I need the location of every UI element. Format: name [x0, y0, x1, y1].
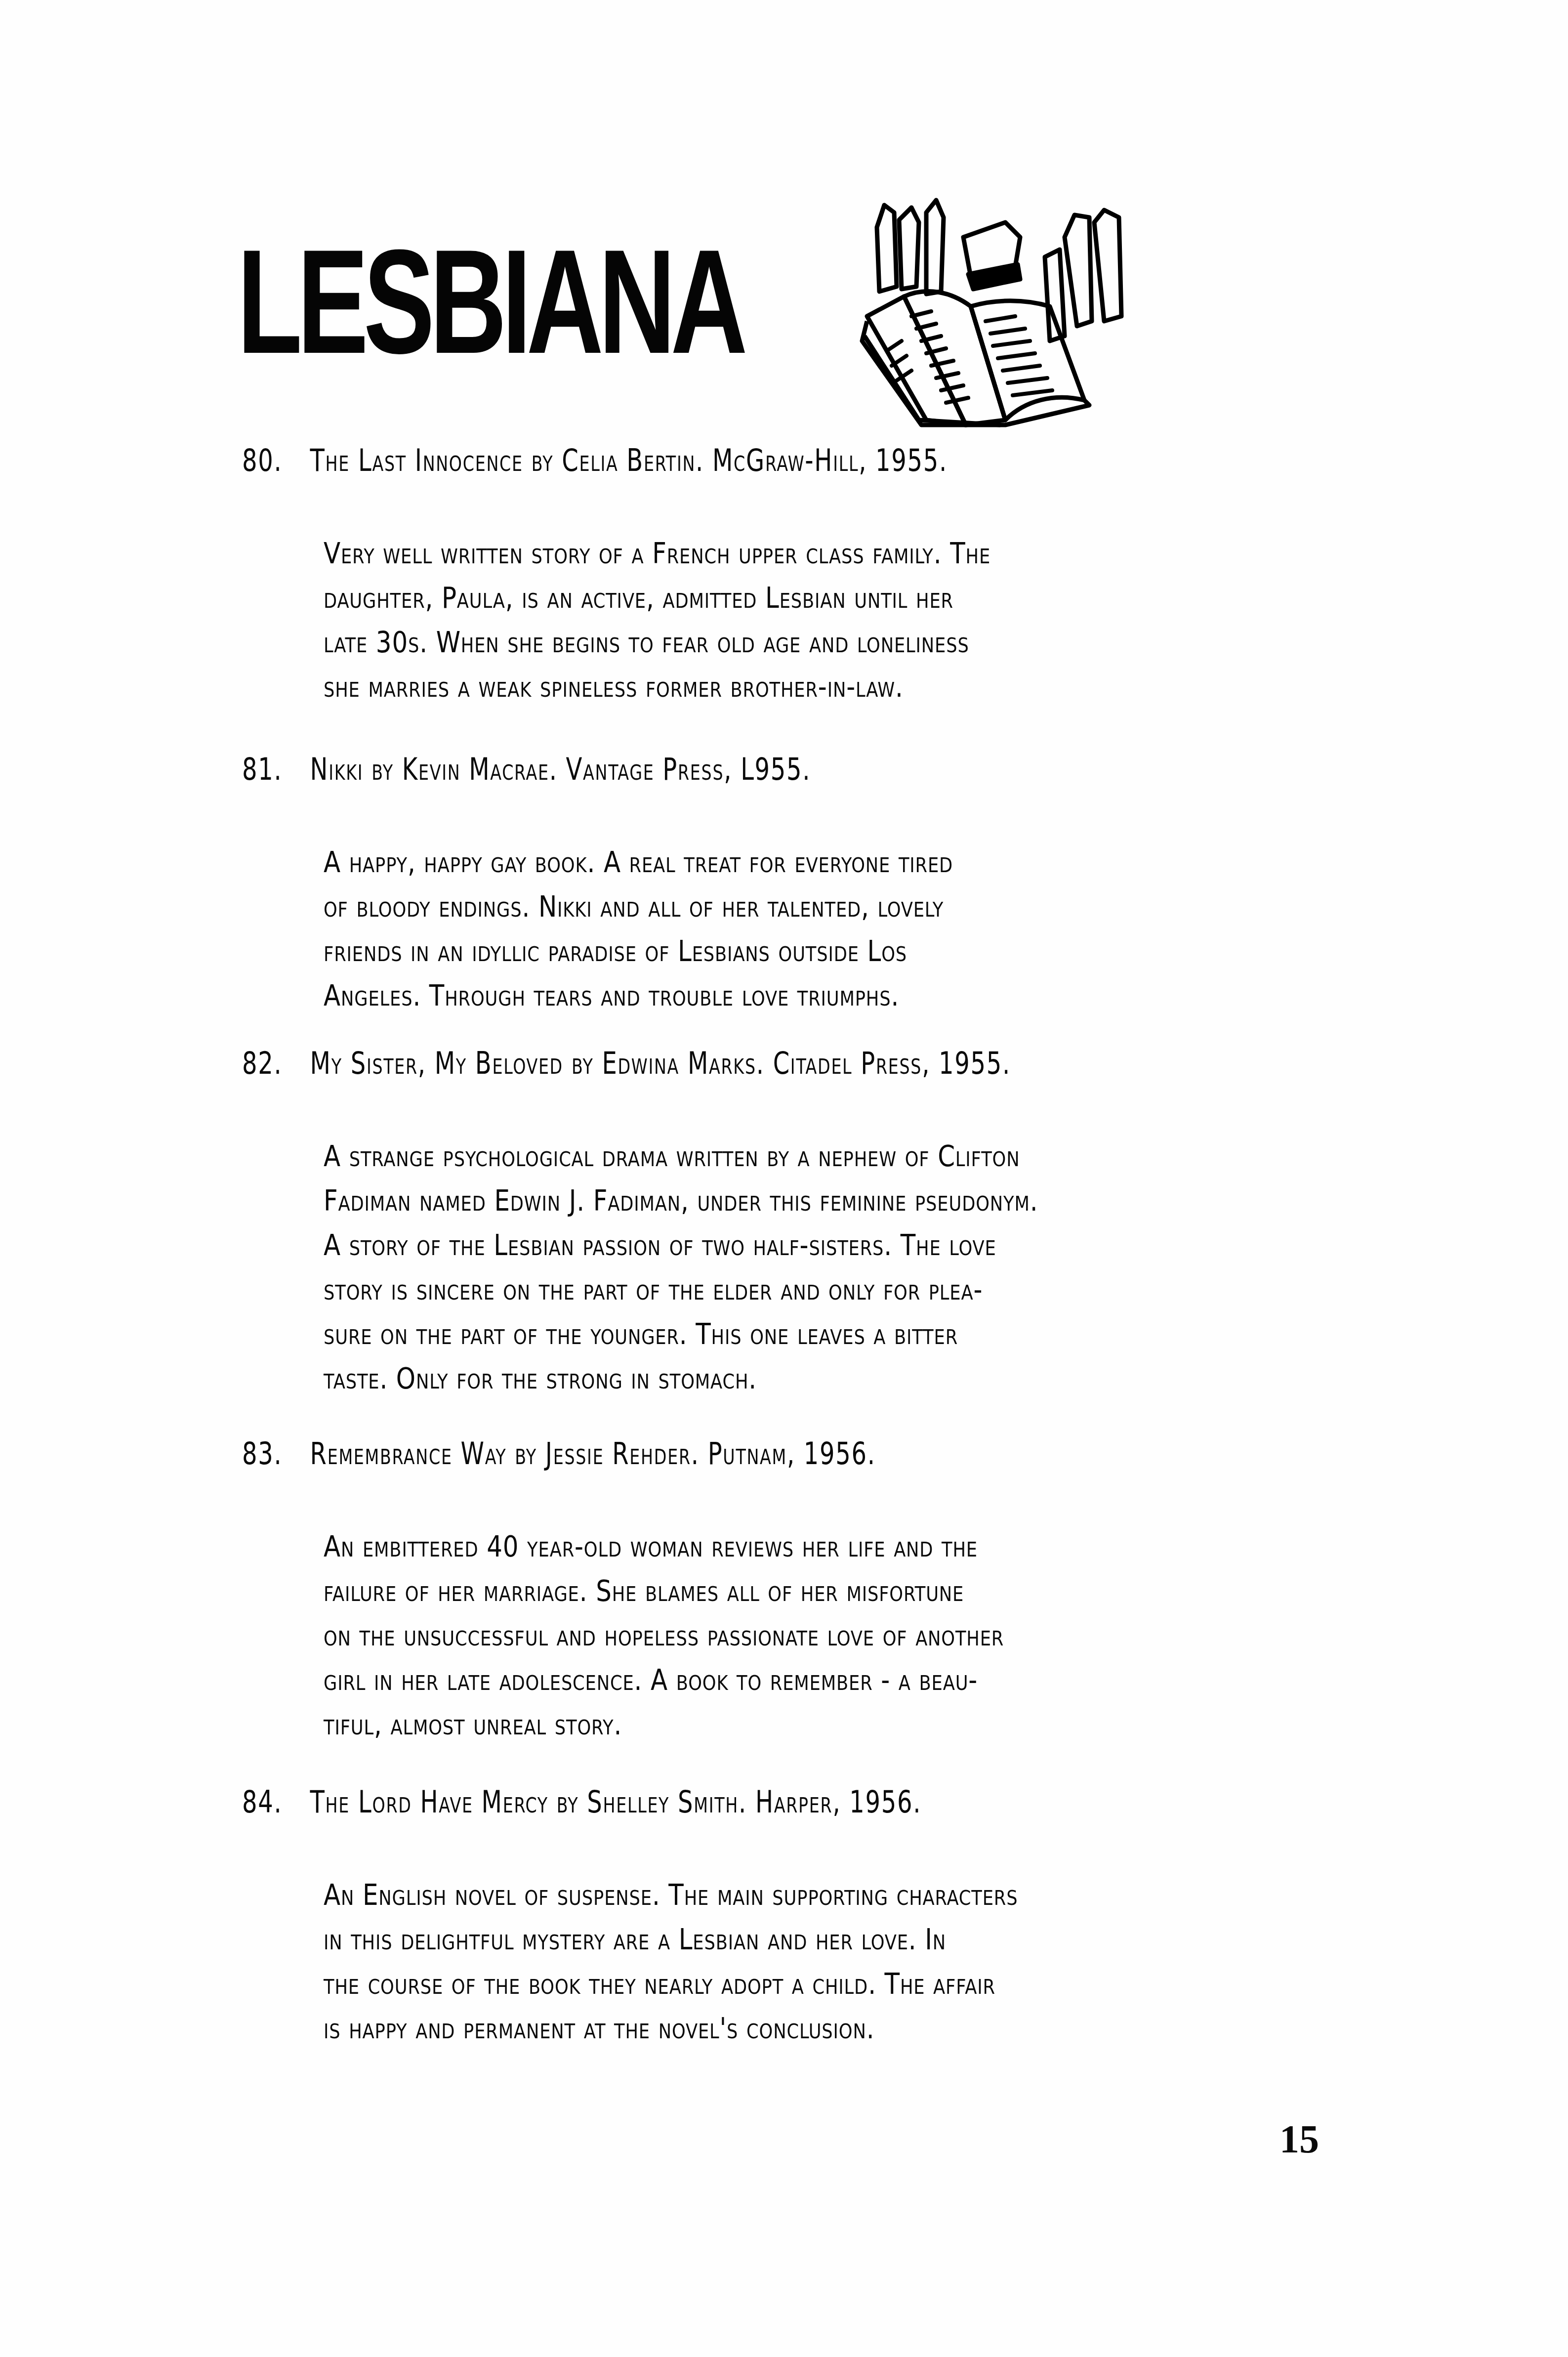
- description-line: An embittered 40 year-old woman reviews …: [324, 1524, 1301, 1569]
- description-line: in this delightful mystery are a Lesbian…: [324, 1917, 1301, 1962]
- entry-description: A strange psychological drama written by…: [324, 1134, 1301, 1401]
- entry-heading: 82.My Sister, My Beloved by Edwina Marks…: [242, 1045, 1378, 1080]
- description-line: story is sincere on the part of the elde…: [324, 1267, 1301, 1312]
- entry-citation: The Last Innocence by Celia Bertin. McGr…: [310, 442, 948, 478]
- bibliography-entry: 82.My Sister, My Beloved by Edwina Marks…: [242, 1045, 1378, 1401]
- description-line: is happy and permanent at the novel's co…: [324, 2006, 1301, 2051]
- document-page: LESBIANA: [0, 0, 1568, 2357]
- description-line: friends in an idyllic paradise of Lesbia…: [324, 929, 1301, 973]
- entry-number: 80.: [242, 442, 310, 478]
- description-line: the course of the book they nearly adopt…: [324, 1962, 1301, 2006]
- description-line: A happy, happy gay book. A real treat fo…: [324, 840, 1301, 884]
- entry-heading: 81.Nikki by Kevin Macrae. Vantage Press,…: [242, 751, 1378, 786]
- description-line: of bloody endings. Nikki and all of her …: [324, 884, 1301, 929]
- description-line: girl in her late adolescence. A book to …: [324, 1658, 1301, 1702]
- description-line: she marries a weak spineless former brot…: [324, 665, 1301, 709]
- description-line: Angeles. Through tears and trouble love …: [324, 973, 1301, 1018]
- entry-citation: Nikki by Kevin Macrae. Vantage Press, L9…: [310, 751, 811, 787]
- page-number: 15: [1279, 2117, 1319, 2162]
- entry-description: A happy, happy gay book. A real treat fo…: [324, 840, 1301, 1018]
- entry-description: Very well written story of a French uppe…: [324, 531, 1301, 709]
- entry-heading: 83.Remembrance Way by Jessie Rehder. Put…: [242, 1435, 1378, 1470]
- bibliography-entry: 80.The Last Innocence by Celia Bertin. M…: [242, 442, 1378, 709]
- books-icon: [857, 193, 1193, 430]
- description-line: Very well written story of a French uppe…: [324, 531, 1301, 576]
- entry-description: An English novel of suspense. The main s…: [324, 1873, 1301, 2051]
- description-line: Fadiman named Edwin J. Fadiman, under th…: [324, 1178, 1301, 1223]
- description-line: failure of her marriage. She blames all …: [324, 1569, 1301, 1613]
- bibliography-entry: 84.The Lord Have Mercy by Shelley Smith.…: [242, 1784, 1378, 2051]
- description-line: An English novel of suspense. The main s…: [324, 1873, 1301, 1917]
- entry-citation: Remembrance Way by Jessie Rehder. Putnam…: [310, 1435, 876, 1472]
- entry-number: 82.: [242, 1045, 310, 1081]
- description-line: sure on the part of the younger. This on…: [324, 1312, 1301, 1356]
- description-line: late 30s. When she begins to fear old ag…: [324, 620, 1301, 665]
- masthead-title: LESBIANA: [237, 227, 743, 376]
- bibliography-entry: 83.Remembrance Way by Jessie Rehder. Put…: [242, 1435, 1378, 1747]
- entry-number: 84.: [242, 1784, 310, 1820]
- entry-description: An embittered 40 year-old woman reviews …: [324, 1524, 1301, 1747]
- entry-number: 81.: [242, 751, 310, 787]
- description-line: on the unsuccessful and hopeless passion…: [324, 1613, 1301, 1658]
- description-line: A story of the Lesbian passion of two ha…: [324, 1223, 1301, 1267]
- entry-heading: 80.The Last Innocence by Celia Bertin. M…: [242, 442, 1378, 477]
- description-line: taste. Only for the strong in stomach.: [324, 1356, 1301, 1401]
- entry-citation: The Lord Have Mercy by Shelley Smith. Ha…: [310, 1784, 922, 1820]
- entry-heading: 84.The Lord Have Mercy by Shelley Smith.…: [242, 1784, 1378, 1818]
- description-line: A strange psychological drama written by…: [324, 1134, 1301, 1178]
- entry-number: 83.: [242, 1435, 310, 1472]
- description-line: daughter, Paula, is an active, admitted …: [324, 576, 1301, 620]
- description-line: tiful, almost unreal story.: [324, 1702, 1301, 1747]
- entry-citation: My Sister, My Beloved by Edwina Marks. C…: [310, 1045, 1011, 1081]
- bibliography-entry: 81.Nikki by Kevin Macrae. Vantage Press,…: [242, 751, 1378, 1018]
